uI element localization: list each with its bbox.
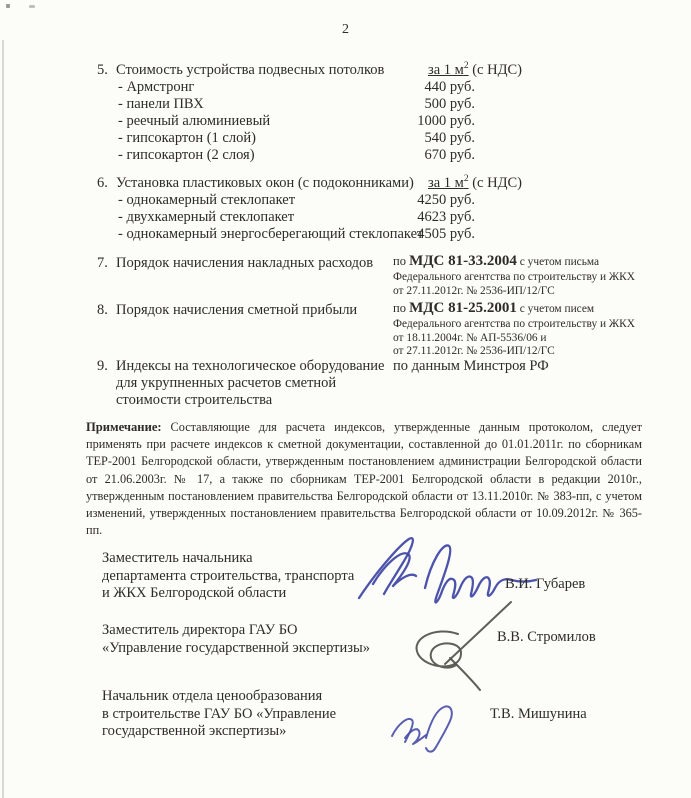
item-title-line: стоимости строительства: [116, 392, 657, 409]
signatory-1-name: В.И. Губарев: [505, 576, 585, 593]
price-row: - однокамерный стеклопакет 4250 руб.: [97, 192, 657, 209]
signatory-3-title: Начальник отдела ценообразования в строи…: [102, 688, 336, 741]
price-row: - Армстронг 440 руб.: [97, 79, 657, 96]
unit-header: за 1 м2 (с НДС): [428, 62, 522, 79]
note-label: Примечание:: [86, 420, 162, 434]
reference-code: МДС 81-33.2004: [409, 253, 517, 269]
item-title: Установка пластиковых окон (с подоконник…: [116, 175, 657, 192]
unit-underlined: за 1 м2: [428, 175, 469, 191]
reference-main: по МДС 81-33.2004 с учетом письма: [393, 255, 663, 271]
row-value: 540 руб.: [395, 130, 475, 147]
row-label: - реечный алюминиевый: [118, 113, 270, 129]
reference-line: Федерального агентства по строительству …: [393, 271, 663, 285]
row-label: - однокамерный стеклопакет: [118, 192, 295, 208]
item-9: 9. Индексы на технологическое оборудован…: [97, 358, 657, 409]
reference-main: по МДС 81-25.2001 с учетом писем: [393, 302, 663, 318]
item-6-header: 6. Установка пластиковых окон (с подокон…: [97, 175, 657, 192]
scan-speck: [6, 4, 10, 8]
signatory-title-line: Заместитель директора ГАУ БО: [102, 622, 370, 640]
row-label: - гипсокартон (2 слоя): [118, 147, 255, 163]
item-number: 8.: [97, 302, 108, 319]
signatory-1-title: Заместитель начальника департамента стро…: [102, 550, 354, 603]
item-9-reference: по данным Минстроя РФ: [393, 358, 549, 375]
signatory-title-line: Заместитель начальника: [102, 550, 354, 568]
row-value: 1000 руб.: [395, 113, 475, 130]
price-row: - панели ПВХ 500 руб.: [97, 96, 657, 113]
signatory-title-line: «Управление государственной экспертизы»: [102, 640, 370, 658]
signatory-title-line: и ЖКХ Белгородской области: [102, 585, 354, 603]
item-5: 5. Стоимость устройства подвесных потолк…: [97, 62, 657, 164]
price-row: - гипсокартон (2 слоя) 670 руб.: [97, 147, 657, 164]
price-row: - реечный алюминиевый 1000 руб.: [97, 113, 657, 130]
row-label: - однокамерный энергосберегающий стеклоп…: [118, 226, 423, 242]
row-label: - панели ПВХ: [118, 96, 204, 112]
item-number: 7.: [97, 255, 108, 272]
page-number: 2: [0, 22, 691, 38]
scanned-document-page: 2 5. Стоимость устройства подвесных пото…: [0, 0, 691, 798]
signatory-title-line: государственной экспертизы»: [102, 723, 336, 741]
item-7: 7. Порядок начисления накладных расходов…: [97, 255, 657, 272]
row-value: 500 руб.: [395, 96, 475, 113]
note-text: Составляющие для расчета индексов, утвер…: [86, 420, 642, 537]
price-row: - однокамерный энергосберегающий стеклоп…: [97, 226, 657, 243]
item-6: 6. Установка пластиковых окон (с подокон…: [97, 175, 657, 243]
row-label: - Армстронг: [118, 79, 194, 95]
price-row: - гипсокартон (1 слой) 540 руб.: [97, 130, 657, 147]
unit-rest: (с НДС): [469, 175, 522, 191]
item-title-line: для укрупненных расчетов сметной: [116, 375, 657, 392]
note-paragraph: Примечание: Составляющие для расчета инд…: [86, 419, 642, 539]
reference-line: от 27.11.2012г. № 2536-ИП/12/ГС: [393, 345, 663, 359]
item-9-header: 9. Индексы на технологическое оборудован…: [97, 358, 657, 375]
signatory-title-line: департамента строительства, транспорта: [102, 568, 354, 586]
row-value: 440 руб.: [395, 79, 475, 96]
signature-3-ink: [384, 700, 476, 762]
signatory-2-name: В.В. Стромилов: [497, 629, 596, 646]
signatory-title-line: в строительстве ГАУ БО «Управление: [102, 706, 336, 724]
signatory-3-name: Т.В. Мишунина: [490, 706, 587, 723]
unit-header: за 1 м2 (с НДС): [428, 175, 522, 192]
scan-edge-artifact: [2, 40, 4, 798]
row-value: 670 руб.: [395, 147, 475, 164]
signatory-2-title: Заместитель директора ГАУ БО «Управление…: [102, 622, 370, 657]
row-label: - двухкамерный стеклопакет: [118, 209, 294, 225]
item-5-header: 5. Стоимость устройства подвесных потолк…: [97, 62, 657, 79]
row-label: - гипсокартон (1 слой): [118, 130, 256, 146]
item-number: 5.: [97, 62, 108, 79]
reference-line: Федерального агентства по строительству …: [393, 318, 663, 332]
signatory-title-line: Начальник отдела ценообразования: [102, 688, 336, 706]
unit-rest: (с НДС): [469, 62, 522, 78]
price-row: - двухкамерный стеклопакет 4623 руб.: [97, 209, 657, 226]
item-number: 6.: [97, 175, 108, 192]
reference-code: МДС 81-25.2001: [409, 300, 517, 316]
scan-speck: [29, 5, 35, 8]
reference-line: от 18.11.2004г. № АП-5536/06 и: [393, 332, 663, 346]
item-title: Стоимость устройства подвесных потолков: [116, 62, 657, 79]
item-title-line: Индексы на технологическое оборудование: [116, 358, 657, 375]
row-value: 4623 руб.: [395, 209, 475, 226]
row-value: 4250 руб.: [395, 192, 475, 209]
reference-line: от 27.11.2012г. № 2536-ИП/12/ГС: [393, 285, 663, 299]
item-8: 8. Порядок начисления сметной прибыли по…: [97, 302, 657, 319]
item-number: 9.: [97, 358, 108, 375]
item-7-reference: по МДС 81-33.2004 с учетом письма Федера…: [393, 255, 663, 298]
unit-underlined: за 1 м2: [428, 62, 469, 78]
item-8-reference: по МДС 81-25.2001 с учетом писем Федерал…: [393, 302, 663, 359]
row-value: 4505 руб.: [395, 226, 475, 243]
